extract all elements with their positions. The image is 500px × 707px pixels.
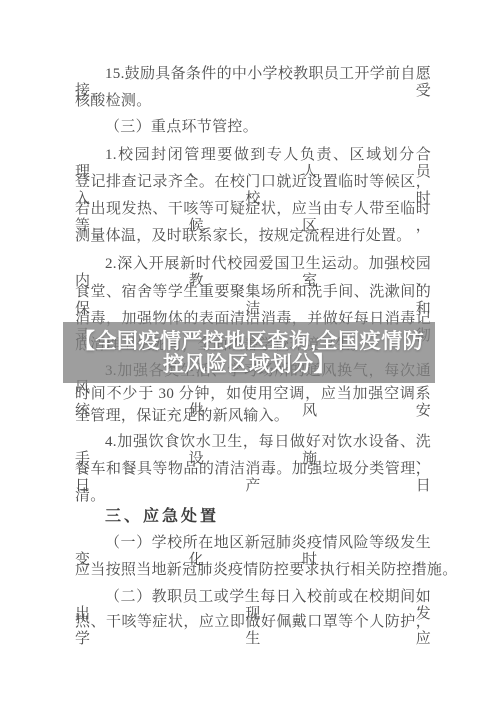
overlay-banner-line-2: 控风险区域划分】: [163, 353, 335, 376]
text-line: 核酸检测。: [75, 93, 431, 110]
text-line: 应当按照当地新冠肺炎疫情防控要求执行相关防控措施。: [75, 562, 431, 579]
text-line: 清。: [75, 488, 431, 505]
text-line: 热、干咳等症状，应立即做好佩戴口罩等个人防护，学生应: [75, 614, 431, 648]
text-line: 全管理，保证充足的新风输入。: [75, 408, 431, 425]
overlay-banner[interactable]: 【全国疫情严控地区查询,全国疫情防 控风险区域划分】: [63, 322, 435, 383]
text-line: 测量体温，及时联系家长，按规定流程进行处置。: [75, 228, 431, 245]
text-line: 三、应急处置: [75, 508, 431, 525]
text-line: （三）重点环节管控。: [75, 119, 431, 136]
overlay-banner-line-1: 【全国疫情严控地区查询,全国疫情防: [74, 330, 424, 353]
document-page: 15.鼓励具备条件的中小学校教职员工开学前自愿接受核酸检测。（三）重点环节管控。…: [0, 0, 500, 707]
